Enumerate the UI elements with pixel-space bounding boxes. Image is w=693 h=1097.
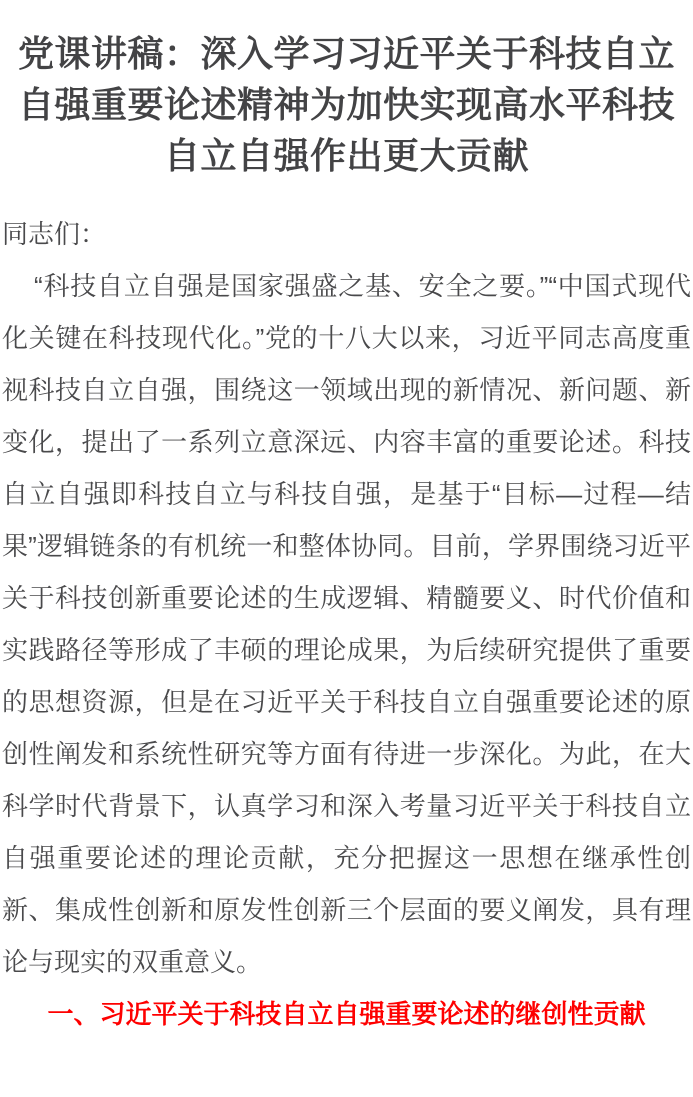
- document-page: 党课讲稿：深入学习习近平关于科技自立自强重要论述精神为加快实现高水平科技自立自强…: [0, 0, 693, 1097]
- document-title: 党课讲稿：深入学习习近平关于科技自立自强重要论述精神为加快实现高水平科技自立自强…: [2, 28, 691, 181]
- body-paragraph: “科技自立自强是国家强盛之基、安全之要。”“中国式现代化关键在科技现代化。”党的…: [2, 260, 691, 988]
- salutation-line: 同志们：: [2, 208, 691, 260]
- section-heading: 一、习近平关于科技自立自强重要论述的继创性贡献: [2, 988, 691, 1040]
